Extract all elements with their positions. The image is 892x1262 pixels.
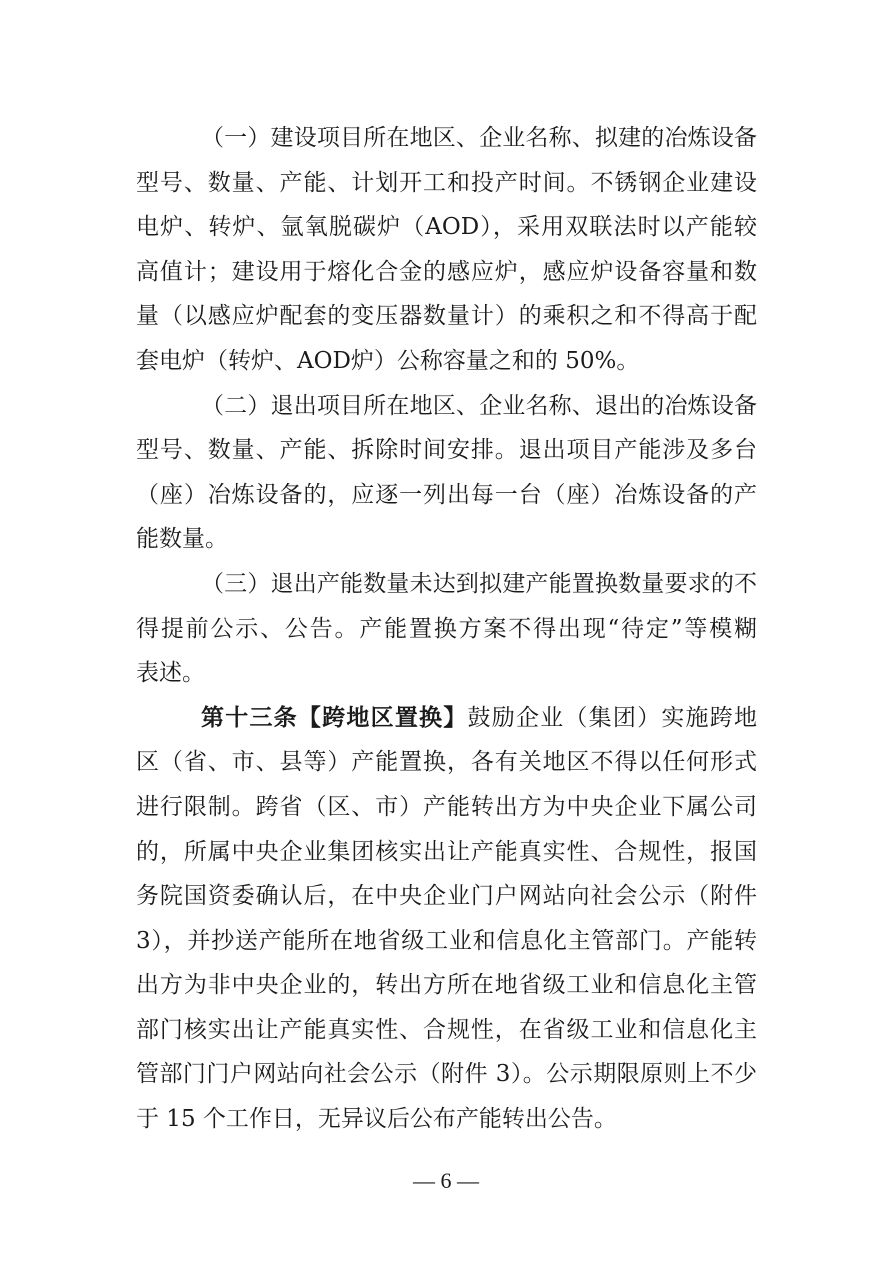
text-line: （一）建设项目所在地区、企业名称、拟建的冶炼设备	[136, 116, 757, 161]
text-line: 务院国资委确认后，在中央企业门户网站向社会公示（附件	[136, 874, 757, 919]
text-line: 得提前公示、公告。产能置换方案不得出现“待定”等模糊	[136, 607, 757, 652]
text-line: 部门核实出让产能真实性、合规性，在省级工业和信息化主	[136, 1008, 757, 1053]
article-intro-text: 鼓励企业（集团）实施跨地	[468, 705, 758, 731]
text-line: （座）冶炼设备的，应逐一列出每一台（座）冶炼设备的产	[136, 473, 757, 518]
article-heading: 第十三条【跨地区置换】	[201, 705, 468, 731]
page-number: — 6 —	[0, 1168, 892, 1194]
paragraph-item-1: （一）建设项目所在地区、企业名称、拟建的冶炼设备 型号、数量、产能、计划开工和投…	[136, 116, 757, 384]
text-line: 管部门门户网站向社会公示（附件 3）。公示期限原则上不少	[136, 1052, 757, 1097]
text-line: 出方为非中央企业的，转出方所在地省级工业和信息化主管	[136, 963, 757, 1008]
text-line: 能数量。	[136, 517, 757, 562]
paragraph-item-2: （二）退出项目所在地区、企业名称、退出的冶炼设备 型号、数量、产能、拆除时间安排…	[136, 384, 757, 562]
text-line: 型号、数量、产能、拆除时间安排。退出项目产能涉及多台	[136, 428, 757, 473]
text-line: 区（省、市、县等）产能置换，各有关地区不得以任何形式	[136, 740, 757, 785]
text-line: 于 15 个工作日，无异议后公布产能转出公告。	[136, 1097, 757, 1142]
text-line: 高值计；建设用于熔化合金的感应炉，感应炉设备容量和数	[136, 250, 757, 295]
text-line: 第十三条【跨地区置换】鼓励企业（集团）实施跨地	[136, 696, 757, 741]
text-line: 套电炉（转炉、AOD炉）公称容量之和的 50%。	[136, 339, 757, 384]
text-line: 的，所属中央企业集团核实出让产能真实性、合规性，报国	[136, 830, 757, 875]
text-line: 电炉、转炉、氩氧脱碳炉（AOD），采用双联法时以产能较	[136, 205, 757, 250]
paragraph-item-3: （三）退出产能数量未达到拟建产能置换数量要求的不 得提前公示、公告。产能置换方案…	[136, 562, 757, 696]
text-line: 3），并抄送产能所在地省级工业和信息化主管部门。产能转	[136, 919, 757, 964]
text-line: 进行限制。跨省（区、市）产能转出方为中央企业下属公司	[136, 785, 757, 830]
text-line: 型号、数量、产能、计划开工和投产时间。不锈钢企业建设	[136, 161, 757, 206]
paragraph-article-13: 第十三条【跨地区置换】鼓励企业（集团）实施跨地 区（省、市、县等）产能置换，各有…	[136, 696, 757, 1142]
body-text: （一）建设项目所在地区、企业名称、拟建的冶炼设备 型号、数量、产能、计划开工和投…	[136, 116, 757, 1142]
document-page: （一）建设项目所在地区、企业名称、拟建的冶炼设备 型号、数量、产能、计划开工和投…	[0, 0, 892, 1262]
text-line: （三）退出产能数量未达到拟建产能置换数量要求的不	[136, 562, 757, 607]
text-line: 量（以感应炉配套的变压器数量计）的乘积之和不得高于配	[136, 294, 757, 339]
text-line: 表述。	[136, 651, 757, 696]
text-line: （二）退出项目所在地区、企业名称、退出的冶炼设备	[136, 384, 757, 429]
